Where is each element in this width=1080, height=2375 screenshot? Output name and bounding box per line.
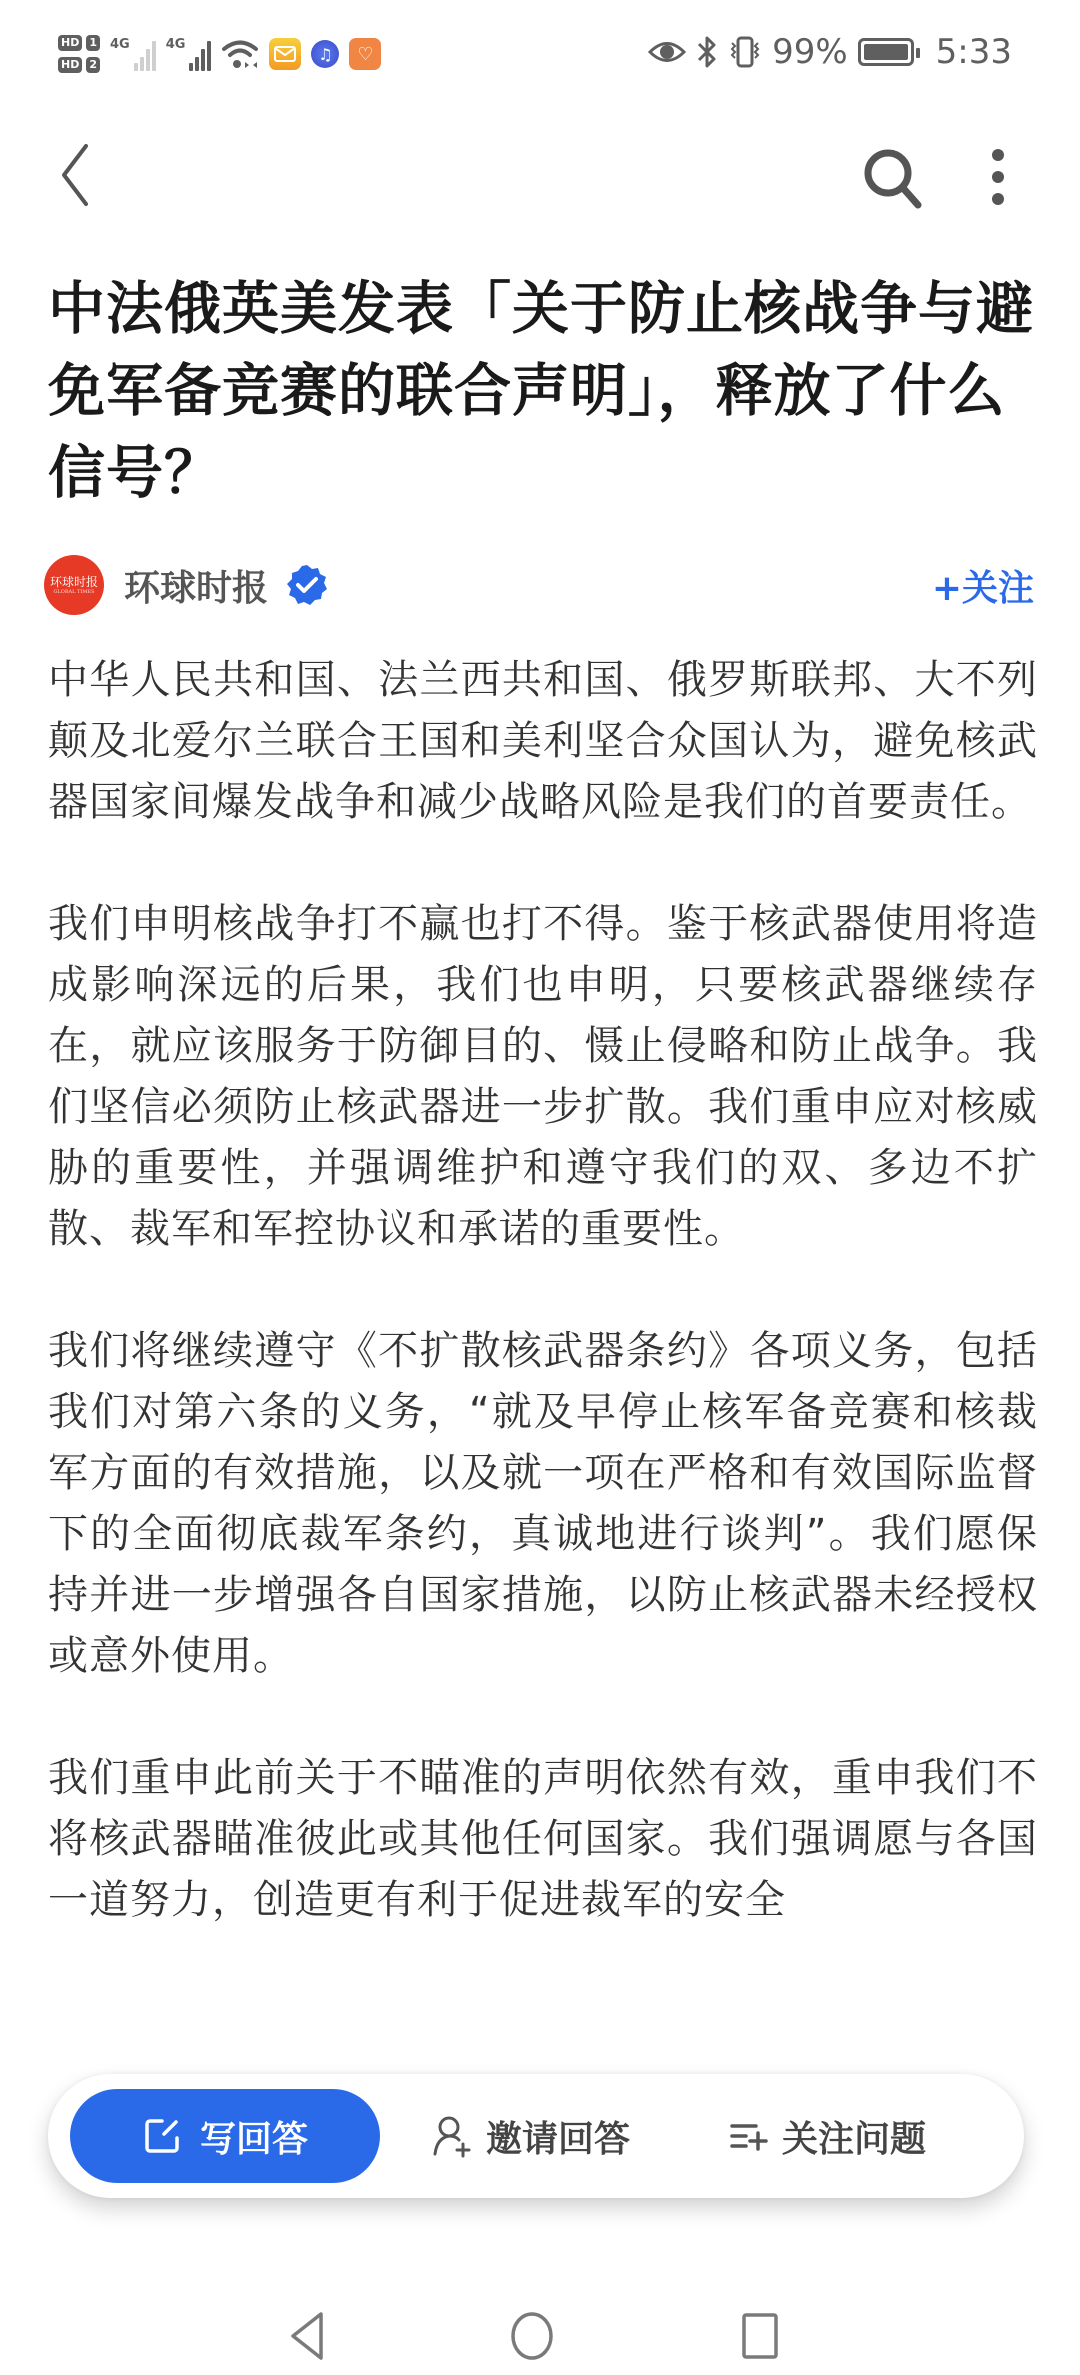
paragraph: 中华人民共和国、法兰西共和国、俄罗斯联邦、大不列颠及北爱尔兰联合王国和美利坚合众… bbox=[48, 650, 1038, 833]
invite-user-icon bbox=[432, 2114, 472, 2158]
status-left: HD1 HD2 4G 4G ♫ ♡ bbox=[58, 26, 381, 82]
write-answer-button[interactable]: 写回答 bbox=[70, 2089, 380, 2183]
more-vertical-icon bbox=[978, 145, 1018, 211]
more-options-button[interactable] bbox=[978, 145, 1018, 211]
follow-question-button[interactable]: 关注问题 bbox=[728, 2111, 926, 2162]
author-name[interactable]: 环球时报 bbox=[124, 560, 268, 611]
eye-comfort-icon bbox=[648, 39, 686, 65]
music-app-icon: ♫ bbox=[311, 40, 339, 68]
author-row: 环球时报 GLOBAL TIMES 环球时报 +关注 bbox=[44, 553, 1034, 617]
top-nav bbox=[0, 105, 1080, 245]
author-avatar[interactable]: 环球时报 GLOBAL TIMES bbox=[44, 555, 104, 615]
system-recents-button[interactable] bbox=[735, 2310, 785, 2362]
sim1-icon: 1 bbox=[86, 35, 100, 51]
paragraph: 我们重申此前关于不瞄准的声明依然有效，重申我们不将核武器瞄准彼此或其他任何国家。… bbox=[48, 1748, 1038, 1931]
home-circle-icon bbox=[507, 2310, 557, 2362]
sim2-icon: 2 bbox=[86, 57, 100, 73]
clock: 5:33 bbox=[936, 32, 1012, 72]
hd-icon: HD bbox=[58, 57, 82, 73]
back-button[interactable] bbox=[52, 140, 112, 210]
hd-voice-indicators: HD1 HD2 bbox=[58, 35, 100, 73]
health-app-icon: ♡ bbox=[349, 38, 381, 70]
signal-sim1-icon: 4G bbox=[110, 37, 156, 71]
status-right: 99% 5:33 bbox=[648, 30, 1012, 74]
signal-sim2-icon: 4G bbox=[166, 37, 212, 71]
paragraph: 我们将继续遵守《不扩散核武器条约》各项义务，包括我们对第六条的义务，“就及早停止… bbox=[48, 1321, 1038, 1687]
wifi-icon bbox=[221, 38, 259, 70]
question-title[interactable]: 中法俄英美发表「关于防止核战争与避免军备竞赛的联合声明」，释放了什么信号？ bbox=[48, 268, 1038, 514]
status-bar: HD1 HD2 4G 4G ♫ ♡ bbox=[0, 0, 1080, 105]
battery-percent: 99% bbox=[772, 32, 848, 72]
system-navigation-bar bbox=[0, 2250, 1080, 2375]
vibrate-icon bbox=[728, 35, 762, 69]
invite-answer-button[interactable]: 邀请回答 bbox=[432, 2111, 630, 2162]
chevron-left-icon bbox=[52, 140, 112, 210]
mail-app-icon bbox=[269, 38, 301, 70]
paragraph: 我们申明核战争打不赢也打不得。鉴于核武器使用将造成影响深远的后果，我们也申明，只… bbox=[48, 894, 1038, 1260]
answer-content: 中华人民共和国、法兰西共和国、俄罗斯联邦、大不列颠及北爱尔兰联合王国和美利坚合众… bbox=[48, 650, 1038, 1931]
add-list-icon bbox=[728, 2116, 768, 2156]
follow-author-button[interactable]: +关注 bbox=[932, 560, 1034, 611]
hd-icon: HD bbox=[58, 35, 82, 51]
answer-action-bar: 写回答 邀请回答 关注问题 bbox=[48, 2074, 1024, 2198]
verified-badge-icon bbox=[286, 564, 328, 606]
recents-square-icon bbox=[735, 2310, 785, 2362]
search-icon bbox=[860, 145, 926, 211]
battery-icon bbox=[858, 38, 914, 66]
system-home-button[interactable] bbox=[507, 2310, 557, 2362]
back-triangle-icon bbox=[285, 2310, 335, 2362]
search-button[interactable] bbox=[860, 145, 926, 211]
bluetooth-icon bbox=[696, 35, 718, 69]
edit-icon bbox=[142, 2116, 182, 2156]
system-back-button[interactable] bbox=[285, 2310, 335, 2362]
